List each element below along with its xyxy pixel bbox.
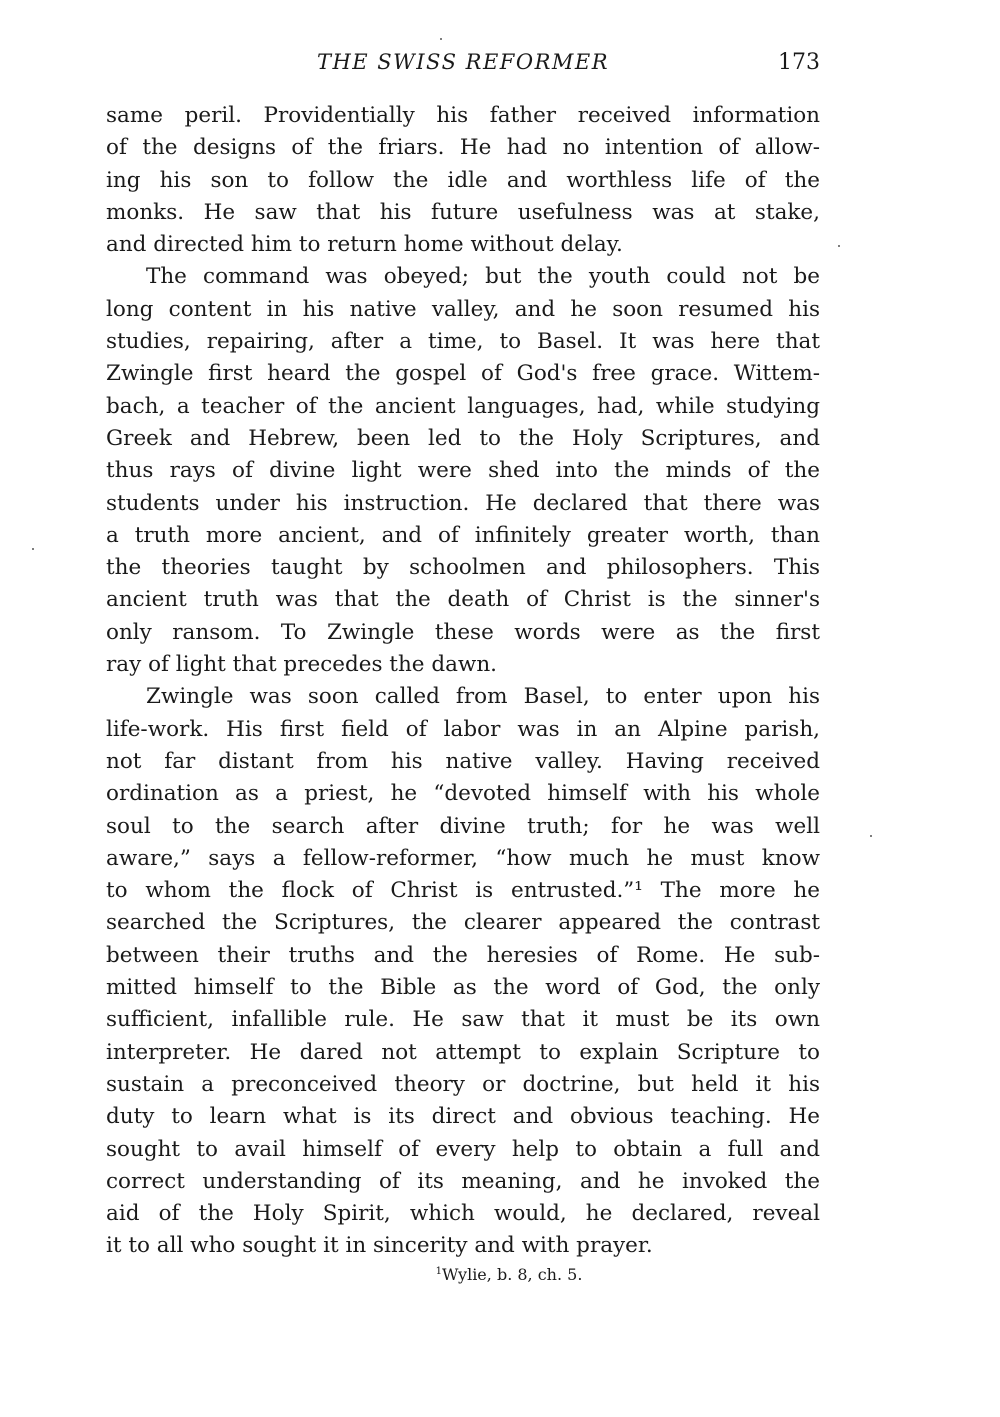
- text-line: thus rays of divine light were shed into…: [106, 455, 820, 487]
- paragraph: Zwingle was soon called from Basel, to e…: [106, 681, 820, 1262]
- text-line: mitted himself to the Bible as the word …: [106, 972, 820, 1004]
- text-line: same peril. Providentially his father re…: [106, 100, 820, 132]
- text-line: a truth more ancient, and of infinitely …: [106, 520, 820, 552]
- scan-speck: [32, 548, 34, 550]
- text-line: it to all who sought it in sincerity and…: [106, 1230, 820, 1262]
- text-line: life-work. His first field of labor was …: [106, 714, 820, 746]
- paragraph: The command was obeyed; but the youth co…: [106, 261, 820, 681]
- text-line: searched the Scriptures, the clearer app…: [106, 907, 820, 939]
- text-line: duty to learn what is its direct and obv…: [106, 1101, 820, 1133]
- text-line: the theories taught by schoolmen and phi…: [106, 552, 820, 584]
- page-number: 173: [778, 50, 820, 75]
- book-page: THE SWISS REFORMER 173 same peril. Provi…: [0, 0, 1000, 1417]
- text-line: ordination as a priest, he “devoted hims…: [106, 778, 820, 810]
- text-line: sustain a preconceived theory or doctrin…: [106, 1069, 820, 1101]
- text-line: between their truths and the heresies of…: [106, 940, 820, 972]
- text-line: soul to the search after divine truth; f…: [106, 811, 820, 843]
- text-line: bach, a teacher of the ancient languages…: [106, 391, 820, 423]
- text-line: only ransom. To Zwingle these words were…: [106, 617, 820, 649]
- footnote-text: Wylie, b. 8, ch. 5.: [442, 1265, 582, 1284]
- text-line: aware,” says a fellow-reformer, “how muc…: [106, 843, 820, 875]
- scan-speck: [870, 835, 872, 837]
- paragraph: same peril. Providentially his father re…: [106, 100, 820, 261]
- text-line: monks. He saw that his future usefulness…: [106, 197, 820, 229]
- text-line: studies, repairing, after a time, to Bas…: [106, 326, 820, 358]
- text-line: not far distant from his native valley. …: [106, 746, 820, 778]
- running-head: THE SWISS REFORMER 173: [106, 48, 820, 80]
- text-line: to whom the flock of Christ is entrusted…: [106, 875, 820, 907]
- text-line: aid of the Holy Spirit, which would, he …: [106, 1198, 820, 1230]
- text-line: sufficient, infallible rule. He saw that…: [106, 1004, 820, 1036]
- text-line: ray of light that precedes the dawn.: [106, 649, 820, 681]
- text-line: The command was obeyed; but the youth co…: [106, 261, 820, 293]
- text-line: Zwingle was soon called from Basel, to e…: [106, 681, 820, 713]
- scan-speck: [440, 38, 442, 40]
- text-line: of the designs of the friars. He had no …: [106, 132, 820, 164]
- text-line: long content in his native valley, and h…: [106, 294, 820, 326]
- text-line: and directed him to return home without …: [106, 229, 820, 261]
- text-line: correct understanding of its meaning, an…: [106, 1166, 820, 1198]
- running-title: THE SWISS REFORMER: [106, 50, 820, 74]
- scan-speck: [838, 245, 840, 247]
- text-line: sought to avail himself of every help to…: [106, 1134, 820, 1166]
- text-line: interpreter. He dared not attempt to exp…: [106, 1037, 820, 1069]
- text-line: ancient truth was that the death of Chri…: [106, 584, 820, 616]
- text-line: Greek and Hebrew, been led to the Holy S…: [106, 423, 820, 455]
- text-line: students under his instruction. He decla…: [106, 488, 820, 520]
- text-line: Zwingle first heard the gospel of God's …: [106, 358, 820, 390]
- body-text: same peril. Providentially his father re…: [106, 100, 820, 1263]
- footnote: 1Wylie, b. 8, ch. 5.: [0, 1265, 1000, 1284]
- text-line: ing his son to follow the idle and worth…: [106, 165, 820, 197]
